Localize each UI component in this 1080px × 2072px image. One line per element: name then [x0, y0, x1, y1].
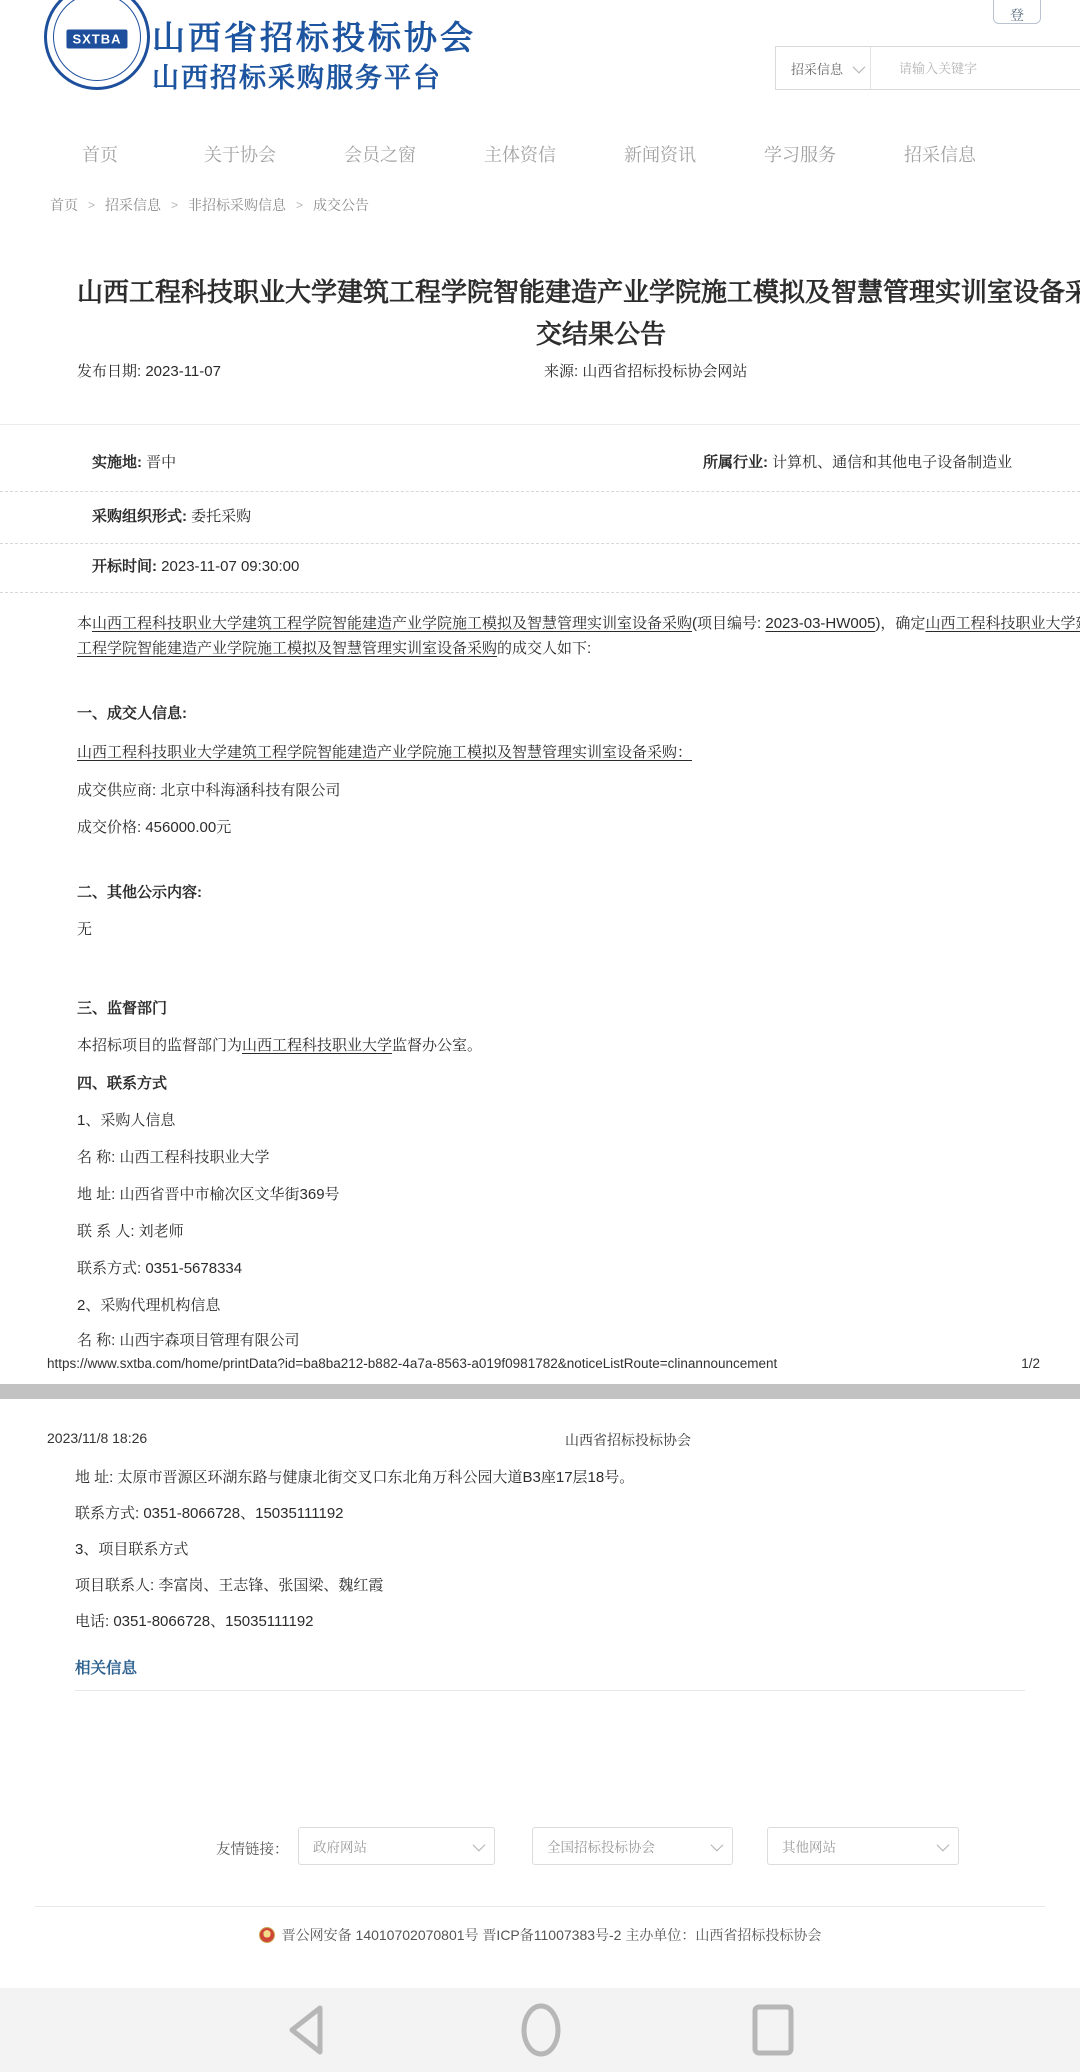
intro-project-link: 工程学院智能建造产业学院施工模拟及智慧管理实训室设备采购	[77, 640, 497, 657]
breadcrumb-separator: >	[88, 198, 95, 212]
intro-text: 的成交人如下:	[497, 640, 591, 657]
section3-heading: 三、监督部门	[77, 998, 167, 1020]
main-nav: 首页 关于协会 会员之窗 主体资信 新闻资讯 学习服务 招采信息	[30, 141, 1010, 167]
info-industry-label: 所属行业:	[703, 454, 772, 471]
friend-links-label: 友情链接：	[216, 1838, 289, 1859]
info-bid-time: 开标时间: 2023-11-07 09:30:00	[92, 556, 299, 578]
info-box-top-border	[0, 424, 1080, 425]
nav-item-members[interactable]: 会员之窗	[310, 141, 450, 167]
association-seal-logo: SXTBA	[44, 0, 150, 90]
section3-university-link: 山西工程科技职业大学	[242, 1037, 392, 1054]
links-select-other[interactable]: 其他网站	[767, 1827, 959, 1865]
section3-text: 监督办公室。	[392, 1037, 482, 1054]
recents-square-icon	[750, 2000, 796, 2060]
police-badge-icon	[259, 1927, 275, 1943]
breadcrumb-home[interactable]: 首页	[50, 195, 78, 215]
announcement-title-line1: 山西工程科技职业大学建筑工程学院智能建造产业学院施工模拟及智慧管理实训室设备采购…	[77, 272, 1080, 309]
contact-line: 名 称: 山西宇森项目管理有限公司	[77, 1330, 300, 1352]
info-bidtime-value: 2023-11-07 09:30:00	[161, 558, 299, 575]
breadcrumb-separator: >	[171, 198, 178, 212]
info-org-form: 采购组织形式: 委托采购	[92, 506, 251, 528]
contact-line: 1、采购人信息	[77, 1110, 175, 1132]
section4-heading: 四、联系方式	[77, 1073, 167, 1095]
section1-supplier: 成交供应商: 北京中科海涵科技有限公司	[77, 780, 340, 802]
nav-item-home[interactable]: 首页	[30, 141, 170, 167]
section2-heading: 二、其他公示内容:	[77, 882, 202, 904]
announcement-title-line2: 交结果公告	[0, 314, 1080, 351]
intro-text: )，确定	[875, 615, 925, 632]
page-break-band	[0, 1384, 1080, 1399]
info-industry: 所属行业: 计算机、通信和其他电子设备制造业	[703, 452, 1012, 474]
android-back-button[interactable]	[282, 2000, 332, 2060]
intro-project-number: 2023-03-HW005	[765, 615, 875, 632]
nav-item-about[interactable]: 关于协会	[170, 141, 310, 167]
info-location-value: 晋中	[146, 454, 176, 471]
breadcrumb: 首页 > 招采信息 > 非招标采购信息 > 成交公告	[50, 195, 369, 215]
contact-line: 地 址: 山西省晋中市榆次区文华街369号	[77, 1184, 340, 1206]
info-location-label: 实施地:	[92, 454, 146, 471]
info-divider	[0, 592, 1080, 593]
footer-record-text: 晋公网安备 14010702070801号 晋ICP备11007383号-2 主…	[282, 1925, 822, 1945]
contact-line: 2、采购代理机构信息	[77, 1295, 220, 1317]
source: 来源: 山西省招标投标协会网站	[544, 361, 747, 383]
info-divider	[0, 543, 1080, 544]
intro-text: 本	[77, 615, 92, 632]
screen: { "header": { "seal_text": "SXTBA", "bra…	[0, 0, 1080, 2072]
contact-line: 名 称: 山西工程科技职业大学	[77, 1147, 270, 1169]
footer-divider	[35, 1906, 1045, 1907]
site-footer: 晋公网安备 14010702070801号 晋ICP备11007383号-2 主…	[0, 1925, 1080, 1945]
select-value: 全国招标投标协会	[547, 1836, 655, 1856]
section2-body: 无	[77, 919, 92, 941]
section3-body: 本招标项目的监督部门为山西工程科技职业大学监督办公室。	[77, 1035, 482, 1057]
intro-project-link: 山西工程科技职业大学建筑	[925, 615, 1080, 632]
page2-line: 电话: 0351-8066728、15035111192	[75, 1611, 314, 1633]
info-location: 实施地: 晋中	[92, 452, 176, 474]
related-info-heading: 相关信息	[75, 1656, 137, 1678]
print-url: https://www.sxtba.com/home/printData?id=…	[47, 1356, 777, 1371]
intro-line2: 工程学院智能建造产业学院施工模拟及智慧管理实训室设备采购的成交人如下:	[77, 638, 591, 660]
links-select-government[interactable]: 政府网站	[298, 1827, 495, 1865]
page2-line: 3、项目联系方式	[75, 1539, 188, 1561]
home-circle-icon	[515, 2000, 567, 2060]
select-value: 其他网站	[782, 1836, 836, 1856]
android-home-button[interactable]	[515, 2000, 567, 2060]
breadcrumb-non-tender[interactable]: 非招标采购信息	[188, 195, 286, 215]
android-navigation-bar	[0, 1988, 1080, 2072]
android-recents-button[interactable]	[750, 2000, 796, 2060]
search-bar: 招采信息	[775, 46, 1080, 90]
section1-heading: 一、成交人信息:	[77, 703, 187, 725]
page2-line: 地 址: 太原市晋源区环湖东路与健康北街交叉口东北角万科公园大道B3座17层18…	[75, 1467, 634, 1489]
nav-item-learning[interactable]: 学习服务	[730, 141, 870, 167]
chevron-down-icon	[473, 1838, 486, 1851]
intro-text: (项目编号:	[692, 615, 765, 632]
seal-acronym: SXTBA	[66, 30, 127, 49]
nav-item-credit[interactable]: 主体资信	[450, 141, 590, 167]
section1-subject: 山西工程科技职业大学建筑工程学院智能建造产业学院施工模拟及智慧管理实训室设备采购…	[77, 742, 692, 764]
chevron-down-icon	[711, 1838, 724, 1851]
breadcrumb-procurement-info[interactable]: 招采信息	[105, 195, 161, 215]
related-divider	[75, 1690, 1025, 1691]
breadcrumb-separator: >	[296, 198, 303, 212]
publish-date: 发布日期: 2023-11-07	[77, 361, 221, 383]
brand-subtitle: 山西招标采购服务平台	[152, 56, 442, 95]
print-page-number: 1/2	[1021, 1356, 1040, 1371]
intro-project-link: 山西工程科技职业大学建筑工程学院智能建造产业学院施工模拟及智慧管理实训室设备采购	[92, 615, 692, 632]
intro-line1: 本山西工程科技职业大学建筑工程学院智能建造产业学院施工模拟及智慧管理实训室设备采…	[77, 613, 1080, 635]
search-input[interactable]	[871, 60, 1061, 77]
nav-item-news[interactable]: 新闻资讯	[590, 141, 730, 167]
brand-title: 山西省招标投标协会	[152, 12, 476, 59]
chevron-down-icon	[853, 60, 866, 73]
login-button[interactable]: 登	[993, 0, 1041, 24]
back-triangle-icon	[282, 2000, 332, 2060]
page2-line: 联系方式: 0351-8066728、15035111192	[75, 1503, 344, 1525]
contact-line: 联系方式: 0351-5678334	[77, 1258, 242, 1280]
links-select-national-association[interactable]: 全国招标投标协会	[532, 1827, 733, 1865]
page2-line: 项目联系人: 李富岗、王志锋、张国梁、魏红霞	[75, 1575, 383, 1597]
info-industry-value: 计算机、通信和其他电子设备制造业	[772, 454, 1012, 471]
section1-price: 成交价格: 456000.00元	[77, 817, 231, 839]
chevron-down-icon	[937, 1838, 950, 1851]
search-category-dropdown[interactable]: 招采信息	[776, 59, 851, 78]
select-value: 政府网站	[313, 1836, 367, 1856]
nav-item-procurement[interactable]: 招采信息	[870, 141, 1010, 167]
breadcrumb-current: 成交公告	[313, 195, 369, 215]
info-org-label: 采购组织形式:	[92, 508, 191, 525]
info-divider	[0, 491, 1080, 492]
info-bidtime-label: 开标时间:	[92, 558, 161, 575]
info-org-value: 委托采购	[191, 508, 251, 525]
section3-text: 本招标项目的监督部门为	[77, 1037, 242, 1054]
print-site-title: 山西省招标投标协会	[0, 1430, 1080, 1450]
contact-line: 联 系 人: 刘老师	[77, 1221, 184, 1243]
